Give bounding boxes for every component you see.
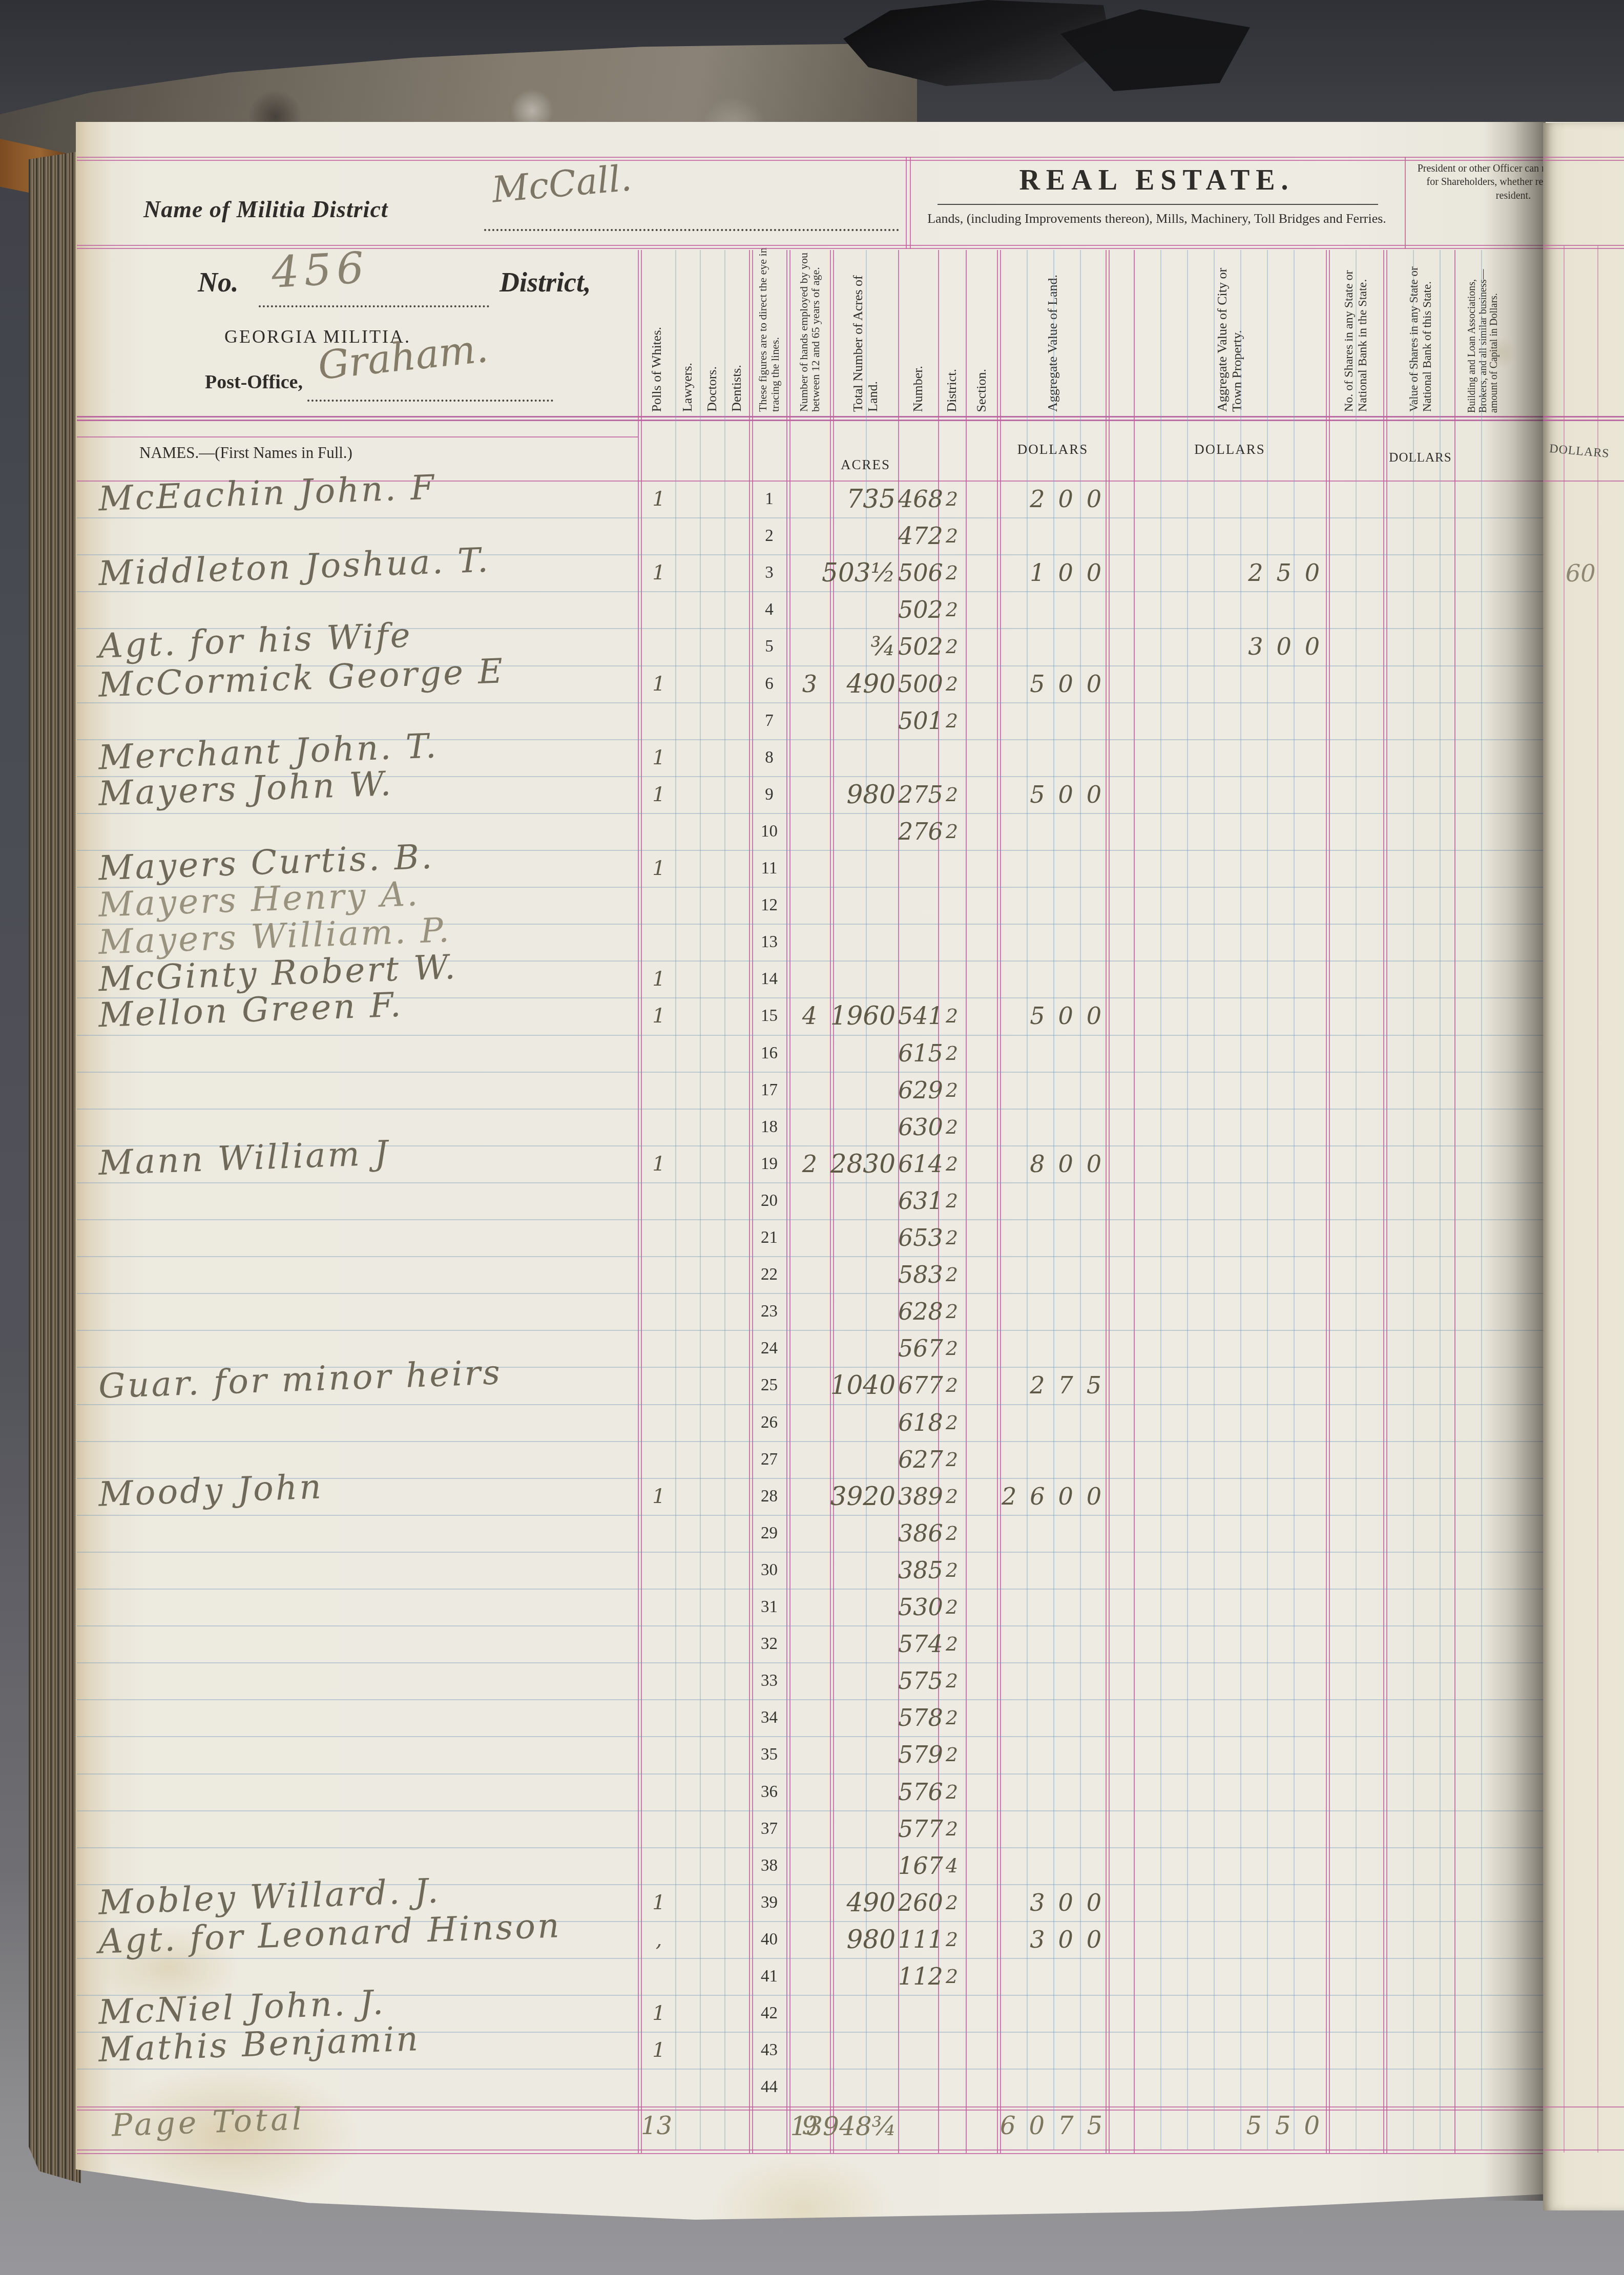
- row-number: 33: [752, 1662, 786, 1699]
- parcel-number-cell: 385: [898, 1552, 938, 1589]
- district-cell: 2: [938, 1625, 966, 1662]
- real-estate-subtitle: Lands, (including Improvements thereon),…: [915, 211, 1399, 226]
- district-cell: 2: [938, 1035, 966, 1072]
- district-cell: 2: [938, 1699, 966, 1736]
- polls-cell: 1: [641, 2032, 677, 2069]
- page-curl-shadow: [1483, 122, 1546, 2201]
- district-cell: 2: [938, 1072, 966, 1109]
- ruling-line: [1597, 246, 1598, 2153]
- district-cell: 2: [938, 591, 966, 628]
- ledger-row: 365762: [77, 1773, 1547, 1810]
- parcel-number-cell: 276: [898, 813, 938, 850]
- ledger-row: 28Moody John1392038922600: [77, 1478, 1547, 1515]
- parcel-number-cell: 275: [898, 776, 938, 813]
- ruling-line: [77, 160, 1543, 161]
- parcel-number-cell: 386: [898, 1515, 938, 1552]
- acres-cell: ¾: [799, 628, 896, 665]
- ledger-row: 9Mayers John W.19802752500: [77, 776, 1547, 813]
- dollars-unit-label: DOLLARS: [1386, 451, 1454, 465]
- row-number: 36: [752, 1773, 786, 1810]
- row-number: 14: [752, 961, 786, 997]
- parcel-number-cell: 615: [898, 1035, 938, 1072]
- district-name-rule: [484, 229, 899, 231]
- polls-cell: 1: [641, 850, 677, 887]
- district-cell: 2: [938, 813, 966, 850]
- row-number: 4: [752, 591, 786, 628]
- no-label: No.: [198, 266, 239, 298]
- column-header-polls: Polls of Whites.: [638, 252, 675, 412]
- polls-cell: 1: [641, 739, 677, 776]
- parcel-number-cell: 677: [898, 1367, 938, 1404]
- row-number: 37: [752, 1810, 786, 1847]
- ruling-line: [77, 416, 1543, 418]
- acres-cell: 3920: [799, 1478, 896, 1515]
- parcel-number-cell: 506: [898, 554, 938, 591]
- land-value-cell: 800: [1000, 1145, 1115, 1182]
- parcel-number-cell: 502: [898, 591, 938, 628]
- parcel-number-cell: 541: [898, 997, 938, 1034]
- district-cell: 2: [938, 1773, 966, 1810]
- district-cell: 2: [938, 1145, 966, 1182]
- land-value-cell: 300: [1000, 1884, 1115, 1921]
- ledger-row: 176292: [77, 1072, 1547, 1109]
- district-cell: 2: [938, 702, 966, 739]
- city-value-cell: 250: [1219, 554, 1333, 591]
- row-number: 28: [752, 1478, 786, 1515]
- ruling-line: [1564, 246, 1565, 2153]
- acres-cell: 1040: [799, 1367, 896, 1404]
- acres-cell: 503½: [799, 554, 896, 591]
- parcel-number-cell: 577: [898, 1810, 938, 1847]
- parcel-number-cell: 468: [898, 481, 938, 517]
- parcel-number-cell: 579: [898, 1736, 938, 1773]
- ruling-line: [77, 248, 1543, 249]
- district-cell: 2: [938, 1367, 966, 1404]
- name-cell: Mann William J: [98, 1129, 391, 1187]
- row-number: 16: [752, 1035, 786, 1072]
- page-stack-edge: [29, 151, 81, 2187]
- column-header-section: Section.: [966, 252, 997, 412]
- district-number-value: 456: [270, 242, 370, 298]
- ledger-row: 375772: [77, 1810, 1547, 1847]
- column-header-lawyers: Lawyers.: [675, 252, 700, 412]
- ruling-line: [1543, 416, 1624, 418]
- ledger-row: 6McCormick George E134905002500: [77, 665, 1547, 702]
- ledger-row: 315302: [77, 1589, 1547, 1625]
- next-page-sliver: [1543, 123, 1624, 2210]
- ledger-row: 236282: [77, 1293, 1547, 1330]
- ruling-line: [77, 2149, 1543, 2151]
- ledger-row: 1McEachin John. F17354682200: [77, 481, 1547, 517]
- parcel-number-cell: 575: [898, 1662, 938, 1699]
- row-number: 29: [752, 1515, 786, 1552]
- parcel-number-cell: 631: [898, 1182, 938, 1219]
- row-number: 8: [752, 739, 786, 776]
- polls-cell: 1: [641, 481, 677, 517]
- column-header-hands: Number of hands employed by you between …: [789, 229, 830, 412]
- row-number: 22: [752, 1256, 786, 1293]
- row-number: 2: [752, 517, 786, 554]
- row-number: 38: [752, 1847, 786, 1884]
- column-header-agg-land: Aggregate Value of Land.: [1000, 252, 1106, 412]
- row-number: 39: [752, 1884, 786, 1921]
- land-value-cell: 300: [1000, 1921, 1115, 1958]
- post-office-label: Post-Office,: [205, 371, 303, 393]
- column-header-figures: These figures are to direct the eye in t…: [752, 241, 786, 412]
- ledger-photo: Name of Militia District McCall. REAL ES…: [0, 0, 1624, 2275]
- row-number: 17: [752, 1072, 786, 1109]
- parcel-number-cell: 618: [898, 1404, 938, 1441]
- row-number: 41: [752, 1958, 786, 1995]
- row-number: 27: [752, 1441, 786, 1478]
- post-office-rule: [307, 400, 553, 402]
- row-number: 19: [752, 1145, 786, 1182]
- ruling-line: [1543, 2149, 1624, 2151]
- real-estate-rule: [938, 204, 1378, 205]
- district-cell: 2: [938, 1182, 966, 1219]
- column-header-shares-value: Value of Shares in any State or National…: [1386, 252, 1454, 412]
- ruling-line: [1543, 160, 1624, 161]
- ledger-row: 19Mann William J1228306142800: [77, 1145, 1547, 1182]
- ruling-line: [77, 157, 1543, 158]
- parcel-number-cell: 501: [898, 702, 938, 739]
- row-number: 15: [752, 997, 786, 1034]
- ruling-line: [1543, 481, 1624, 482]
- ledger-row: 345782: [77, 1699, 1547, 1736]
- row-number: 5: [752, 628, 786, 665]
- row-number: 21: [752, 1219, 786, 1256]
- dollars-unit-label: DOLLARS: [1134, 442, 1326, 457]
- land-value-cell: 500: [1000, 997, 1115, 1034]
- row-number: 11: [752, 850, 786, 887]
- district-cell: 2: [938, 1404, 966, 1441]
- ledger-row: 40Agt. for Leonard Hinson,9801112300: [77, 1921, 1547, 1958]
- district-cell: 2: [938, 776, 966, 813]
- parcel-number-cell: 111: [898, 1921, 938, 1958]
- polls-cell: 1: [641, 961, 677, 997]
- ledger-row: 216532: [77, 1219, 1547, 1256]
- polls-cell: 1: [641, 1995, 677, 2032]
- polls-cell: 1: [641, 1145, 677, 1182]
- row-number: 20: [752, 1182, 786, 1219]
- row-number: 30: [752, 1552, 786, 1589]
- row-number: 7: [752, 702, 786, 739]
- total-polls: 13: [638, 2112, 675, 2140]
- row-number: 13: [752, 924, 786, 961]
- parcel-number-cell: 112: [898, 1958, 938, 1995]
- district-cell: 2: [938, 1552, 966, 1589]
- ledger-row: 355792: [77, 1736, 1547, 1773]
- ledger-row: 325742: [77, 1625, 1547, 1662]
- page-total-label: Page Total: [111, 2101, 305, 2143]
- parcel-number-cell: 167: [898, 1847, 938, 1884]
- district-cell: 2: [938, 628, 966, 665]
- parcel-number-cell: 578: [898, 1699, 938, 1736]
- parcel-number-cell: 567: [898, 1330, 938, 1367]
- district-cell: 2: [938, 665, 966, 702]
- row-number: 6: [752, 665, 786, 702]
- parcel-number-cell: 627: [898, 1441, 938, 1478]
- parcel-number-cell: 576: [898, 1773, 938, 1810]
- row-number: 40: [752, 1921, 786, 1958]
- district-cell: 2: [938, 1921, 966, 1958]
- district-cell: 2: [938, 1884, 966, 1921]
- column-header-district: District.: [938, 252, 966, 412]
- total-acres: 13948¾: [768, 2112, 897, 2141]
- district-cell: 2: [938, 1330, 966, 1367]
- parcel-number-cell: 389: [898, 1478, 938, 1515]
- row-number: 1: [752, 481, 786, 517]
- district-name-label: Name of Militia District: [143, 196, 388, 223]
- dollars-unit-label: DOLLARS: [1000, 442, 1106, 457]
- ledger-row: 303852: [77, 1552, 1547, 1589]
- row-number: 34: [752, 1699, 786, 1736]
- district-cell: 2: [938, 1515, 966, 1552]
- parcel-number-cell: 502: [898, 628, 938, 665]
- district-cell: 2: [938, 1109, 966, 1145]
- ruling-line: [1543, 2106, 1624, 2107]
- district-cell: 2: [938, 1293, 966, 1330]
- district-word: District,: [499, 266, 591, 298]
- district-cell: 2: [938, 554, 966, 591]
- acres-cell: 1960: [799, 997, 896, 1034]
- parcel-number-cell: 583: [898, 1256, 938, 1293]
- row-number: 25: [752, 1367, 786, 1404]
- ledger-row: 15Mellon Green F.1419605412500: [77, 997, 1547, 1034]
- district-cell: 2: [938, 1810, 966, 1847]
- acres-cell: 490: [799, 665, 896, 702]
- ruling-line: [1405, 157, 1406, 249]
- total-land-value: 6075: [1000, 2112, 1115, 2140]
- polls-cell: 1: [641, 776, 677, 813]
- ruling-line: [906, 157, 907, 249]
- parcel-number-cell: 630: [898, 1109, 938, 1145]
- acres-cell: 735: [799, 481, 896, 517]
- row-number: 3: [752, 554, 786, 591]
- district-cell: 4: [938, 1847, 966, 1884]
- ledger-row: 206312: [77, 1182, 1547, 1219]
- ruling-line: [1543, 157, 1624, 158]
- ledger-row: 335752: [77, 1662, 1547, 1699]
- district-number-rule: [259, 305, 489, 307]
- ruling-line: [77, 245, 1543, 246]
- land-value-cell: 275: [1000, 1367, 1115, 1404]
- polls-cell: 1: [641, 554, 677, 591]
- ruling-line: [77, 420, 1543, 421]
- land-value-cell: 200: [1000, 481, 1115, 517]
- parcel-number-cell: 629: [898, 1072, 938, 1109]
- acres-cell: 490: [799, 1884, 896, 1921]
- parcel-number-cell: 653: [898, 1219, 938, 1256]
- land-value-cell: 500: [1000, 776, 1115, 813]
- district-cell: 2: [938, 517, 966, 554]
- district-cell: 2: [938, 481, 966, 517]
- row-number: 9: [752, 776, 786, 813]
- real-estate-title: REAL ESTATE.: [910, 164, 1404, 197]
- polls-cell: 1: [641, 1478, 677, 1515]
- row-number: 18: [752, 1109, 786, 1145]
- ledger-row: 293862: [77, 1515, 1547, 1552]
- row-number: 24: [752, 1330, 786, 1367]
- ruling-line: [1543, 420, 1624, 421]
- land-value-cell: 500: [1000, 665, 1115, 702]
- district-cell: 2: [938, 1736, 966, 1773]
- ledger-row: 266182: [77, 1404, 1547, 1441]
- ledger-row: 43Mathis Benjamin1: [77, 2032, 1547, 2069]
- names-column-header: NAMES.—(First Names in Full.): [139, 444, 352, 462]
- ruling-line: [77, 436, 638, 437]
- row-number: 43: [752, 2032, 786, 2069]
- acres-cell: 980: [799, 1921, 896, 1958]
- row-number: 12: [752, 887, 786, 924]
- ledger-row: 3Middleton Joshua. T.1503½5062100250: [77, 554, 1547, 591]
- district-cell: 2: [938, 1441, 966, 1478]
- ledger-row: 25Guar. for minor heirs10406772275: [77, 1367, 1547, 1404]
- acres-cell: 2830: [799, 1145, 896, 1182]
- row-number: 31: [752, 1589, 786, 1625]
- ruling-line: [77, 2153, 1543, 2154]
- name-cell: Mayers John W.: [98, 760, 394, 818]
- parcel-number-cell: 574: [898, 1625, 938, 1662]
- ruling-line: [1543, 245, 1624, 246]
- row-number: 32: [752, 1625, 786, 1662]
- polls-cell: 1: [641, 997, 677, 1034]
- edge-fragment: 60: [1566, 559, 1596, 587]
- name-cell: Moody John: [97, 1463, 324, 1518]
- total-city-value: 550: [1219, 2112, 1333, 2140]
- column-header-agg-city: Aggregate Value of City or Town Property…: [1134, 252, 1326, 412]
- ledger-row: 166152: [77, 1035, 1547, 1072]
- parcel-number-cell: 260: [898, 1884, 938, 1921]
- parcel-number-cell: 628: [898, 1293, 938, 1330]
- parcel-number-cell: 530: [898, 1589, 938, 1625]
- column-header-number: Number.: [898, 252, 938, 412]
- city-value-cell: 300: [1219, 628, 1333, 665]
- district-cell: 2: [938, 1662, 966, 1699]
- parcel-number-cell: 472: [898, 517, 938, 554]
- name-cell: Mellon Green F.: [98, 981, 404, 1040]
- polls-cell: 1: [641, 665, 677, 702]
- acres-cell: 980: [799, 776, 896, 813]
- row-number: 44: [752, 2069, 786, 2105]
- parcel-number-cell: 614: [898, 1145, 938, 1182]
- parcel-number-cell: 500: [898, 665, 938, 702]
- district-cell: 2: [938, 1478, 966, 1515]
- column-header-dentists: Dentists.: [724, 252, 749, 412]
- column-header-doctors: Doctors.: [700, 252, 724, 412]
- ledger-row: 44: [77, 2069, 1547, 2105]
- row-number: 23: [752, 1293, 786, 1330]
- ruling-line: [1543, 248, 1624, 249]
- district-cell: 2: [938, 1256, 966, 1293]
- land-value-cell: 100: [1000, 554, 1115, 591]
- district-cell: 2: [938, 997, 966, 1034]
- district-cell: 2: [938, 1958, 966, 1995]
- polls-cell: ,: [641, 1921, 677, 1958]
- row-number: 10: [752, 813, 786, 850]
- row-number: 35: [752, 1736, 786, 1773]
- row-number: 26: [752, 1404, 786, 1441]
- district-cell: 2: [938, 1219, 966, 1256]
- district-cell: 2: [938, 1589, 966, 1625]
- ledger-row: 225832: [77, 1256, 1547, 1293]
- polls-cell: 1: [641, 1884, 677, 1921]
- land-value-cell: 2600: [1000, 1478, 1115, 1515]
- row-number: 42: [752, 1995, 786, 2032]
